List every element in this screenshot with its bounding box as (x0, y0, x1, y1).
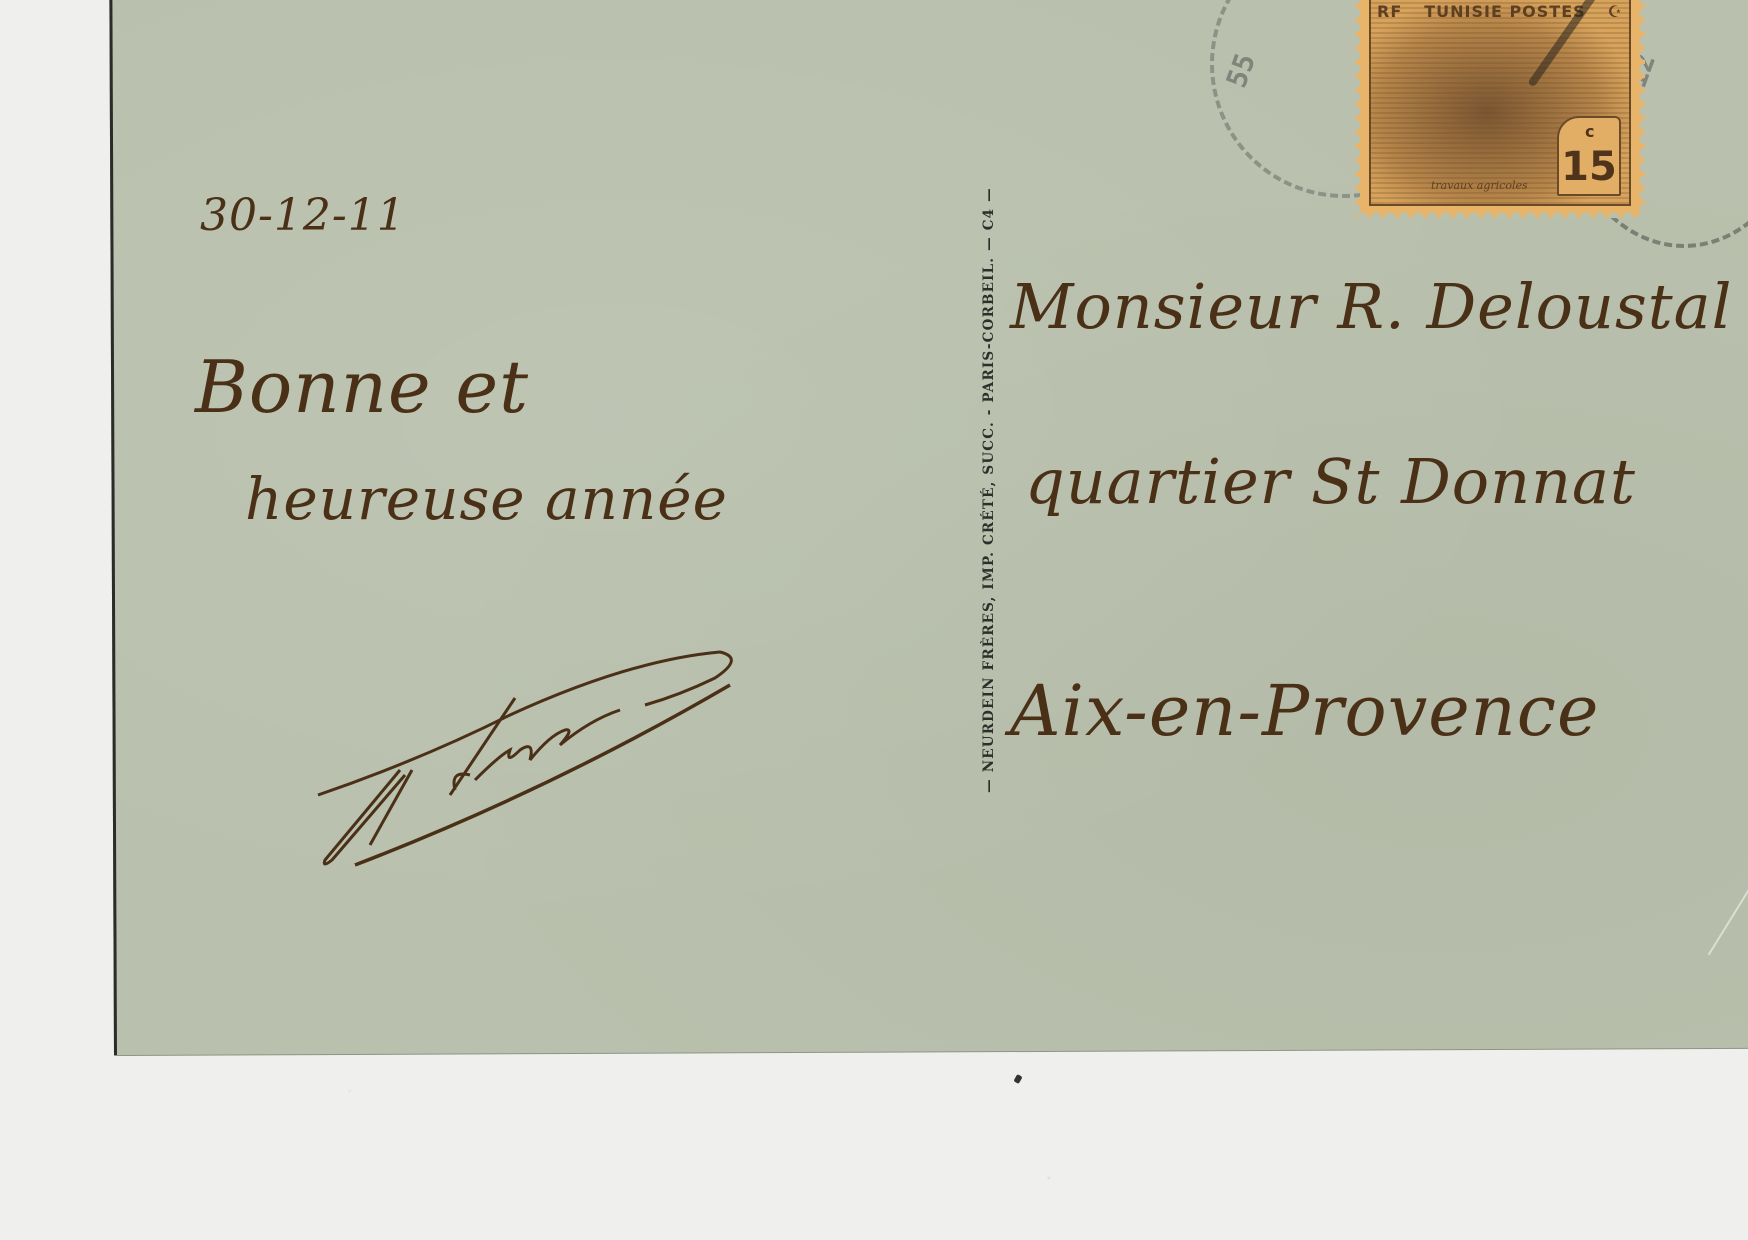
stamp-vignette: RF TUNISIE POSTES ☪ travaux agricoles c … (1369, 0, 1631, 206)
printer-imprint-text: — NEURDEIN FRÈRES, IMP. CRÉTÉ, SUCC. - P… (981, 187, 997, 793)
address-line-3: Aix-en-Provence (1010, 670, 1599, 752)
address-line-1: Monsieur R. Deloustal (1010, 270, 1732, 343)
printer-imprint: — NEURDEIN FRÈRES, IMP. CRÉTÉ, SUCC. - P… (965, 100, 1013, 880)
handwritten-date: 30-12-11 (200, 190, 406, 241)
postmark-left-text: 55 (1220, 49, 1263, 92)
cancellation-mark (1527, 0, 1602, 87)
stamp-value: c 15 (1557, 116, 1621, 196)
crescent-star-icon: ☪ (1608, 2, 1623, 26)
signature: H. Aimé (300, 640, 760, 880)
greeting-line-2: heureuse année (245, 465, 728, 533)
stamp-header-text: TUNISIE POSTES (1424, 2, 1585, 26)
greeting-line-1: Bonne et (195, 345, 529, 429)
stamp-value-number: 15 (1561, 144, 1617, 190)
stamp-country-code: RF (1377, 2, 1402, 26)
postage-stamp: RF TUNISIE POSTES ☪ travaux agricoles c … (1355, 0, 1645, 218)
card-crease (1708, 784, 1748, 955)
stamp-header: RF TUNISIE POSTES ☪ (1377, 2, 1623, 26)
address-line-2: quartier St Donnat (1025, 445, 1636, 518)
stamp-caption: travaux agricoles (1431, 179, 1528, 192)
stamp-unit: c (1585, 122, 1594, 141)
